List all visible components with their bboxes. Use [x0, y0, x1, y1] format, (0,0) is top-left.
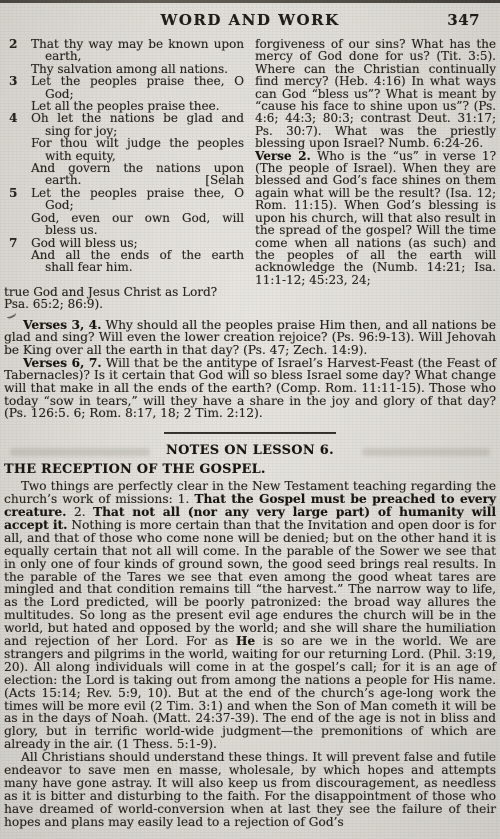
verse-number: 7 — [9, 237, 17, 249]
psalm-line: God, even our own God, will — [4, 212, 245, 224]
notes-paragraph-2: All Christians should understand these t… — [4, 751, 496, 828]
commentary-column: forgiveness of our sins? What has the me… — [255, 38, 496, 311]
commentary-paragraph: forgiveness of our sins? What has the me… — [255, 38, 496, 150]
psalm-footnote: true God and Jesus Christ as Lord? Psa. … — [4, 286, 245, 311]
psalm-line: For thou wilt judge the peoples — [4, 137, 245, 149]
notes-section-title: NOTES ON LESSON 6. — [166, 443, 334, 458]
notes-section-subtitle: THE RECEPTION OF THE GOSPEL. — [4, 462, 496, 477]
emphasized-word: He — [236, 634, 255, 648]
journal-title: WORD AND WORK — [4, 0, 496, 29]
psalm-line: shall fear him. — [4, 261, 245, 273]
psalm-line: 5Let the peoples praise thee, O — [4, 187, 245, 199]
psalm-footnote-line: Psa. 65:2; 86:9). — [4, 298, 245, 310]
two-column-section: 2That thy way may be known upon earth, T… — [4, 38, 496, 311]
page-number: 347 — [447, 11, 480, 29]
verse-number: 3 — [9, 75, 17, 87]
page-content: WORD AND WORK 347 2That thy way may be k… — [4, 0, 496, 829]
verse-number: 4 — [9, 112, 17, 124]
psalm-line: 3Let the peoples praise thee, O — [4, 75, 245, 87]
verse-number: 2 — [9, 38, 17, 50]
verses-3-4-paragraph: Verses 3, 4. Why should all the peoples … — [4, 319, 496, 357]
notes-paragraph-1: Two things are perfectly clear in the Ne… — [4, 480, 496, 751]
psalm-line: 4Oh let the nations be glad and — [4, 112, 245, 124]
psalm-text-column: 2That thy way may be known upon earth, T… — [4, 38, 245, 311]
verse-number: 5 — [9, 187, 17, 199]
psalm-line: 2That thy way may be known upon — [4, 38, 245, 50]
section-divider-rule — [164, 432, 336, 434]
verses-commentary-section: Verses 3, 4. Why should all the peoples … — [4, 319, 496, 421]
commentary-paragraph: Verse 2. Who is the “us” in verse 1? (Th… — [255, 150, 496, 286]
notes-title-row: NOTES ON LESSON 6. — [4, 439, 496, 458]
verses-6-7-paragraph: Verses 6, 7. Will that be the antitype o… — [4, 357, 496, 421]
